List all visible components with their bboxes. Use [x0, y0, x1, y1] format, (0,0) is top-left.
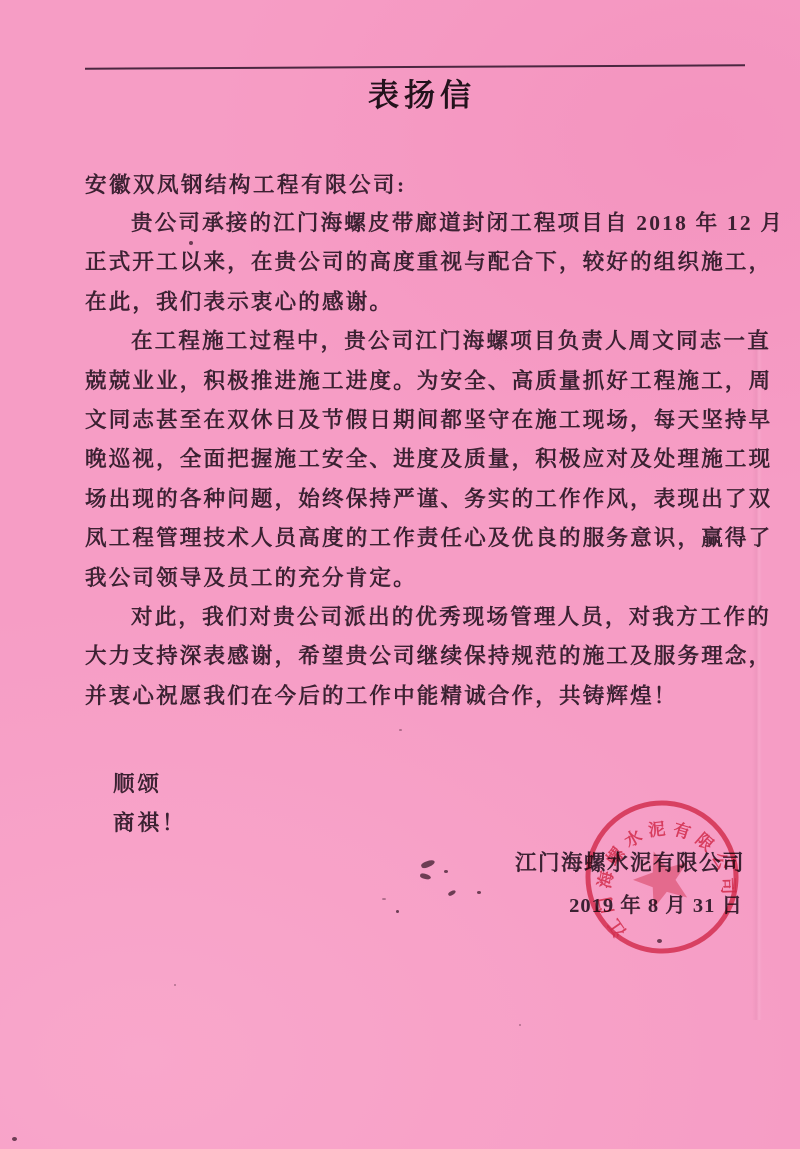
ink-speck: [448, 889, 457, 896]
ink-speck: [399, 729, 402, 731]
body-line: 兢兢业业，积极推进施工进度。为安全、高质量抓好工程施工，周: [85, 362, 745, 401]
signature-company: 江门海螺水泥有限公司: [515, 846, 745, 877]
body-line: 贵公司承接的江门海螺皮带廊道封闭工程项目自 2018 年 12 月: [85, 204, 745, 243]
letter-page: 表扬信 安徽双凤钢结构工程有限公司: 贵公司承接的江门海螺皮带廊道封闭工程项目自…: [0, 0, 800, 1149]
header-rule: [85, 64, 745, 69]
letter-body: 贵公司承接的江门海螺皮带廊道封闭工程项目自 2018 年 12 月正式开工以来，…: [85, 204, 745, 716]
ink-speck: [189, 241, 193, 245]
ink-speck: [477, 891, 481, 894]
signature-date: 2019 年 8 月 31 日: [569, 888, 743, 918]
body-line: 在此，我们表示衷心的感谢。: [85, 283, 745, 322]
body-line: 文同志甚至在双休日及节假日期间都坚守在施工现场，每天坚持早: [85, 401, 745, 440]
ink-speck: [12, 1137, 17, 1141]
ink-speck: [382, 898, 386, 900]
body-line: 我公司领导及员工的充分肯定。: [85, 559, 745, 598]
body-line: 场出现的各种问题，始终保持严谨、务实的工作作风，表现出了双: [85, 480, 745, 519]
ink-speck: [519, 1024, 521, 1026]
ink-speck: [444, 870, 448, 873]
body-line: 大力支持深表感谢，希望贵公司继续保持规范的施工及服务理念，: [85, 637, 745, 676]
stamp-ring: [569, 784, 755, 970]
ink-speck: [396, 910, 399, 913]
body-line: 晚巡视，全面把握施工安全、进度及质量，积极应对及处理施工现: [85, 440, 745, 479]
closing-shunsong: 顺颂: [113, 765, 313, 804]
body-line: 在工程施工过程中，贵公司江门海螺项目负责人周文同志一直: [85, 322, 745, 361]
body-line: 凤工程管理技术人员高度的工作责任心及优良的服务意识，赢得了: [85, 519, 745, 558]
salutation: 安徽双凤钢结构工程有限公司:: [85, 168, 765, 199]
ink-speck: [420, 859, 435, 870]
letter-title: 表扬信: [92, 70, 752, 115]
body-line: 并衷心祝愿我们在今后的工作中能精诚合作，共铸辉煌！: [85, 677, 745, 716]
company-seal-stamp: 江门海螺水泥有限公司: [564, 779, 761, 976]
ink-speck: [174, 984, 176, 986]
paper-crease: [752, 340, 762, 1020]
body-line: 对此，我们对贵公司派出的优秀现场管理人员，对我方工作的: [85, 598, 745, 637]
ink-speck: [420, 873, 432, 881]
closing-shangqi: 商祺！: [113, 804, 313, 843]
body-line: 正式开工以来，在贵公司的高度重视与配合下，较好的组织施工，: [85, 243, 745, 282]
ink-speck: [657, 939, 662, 943]
